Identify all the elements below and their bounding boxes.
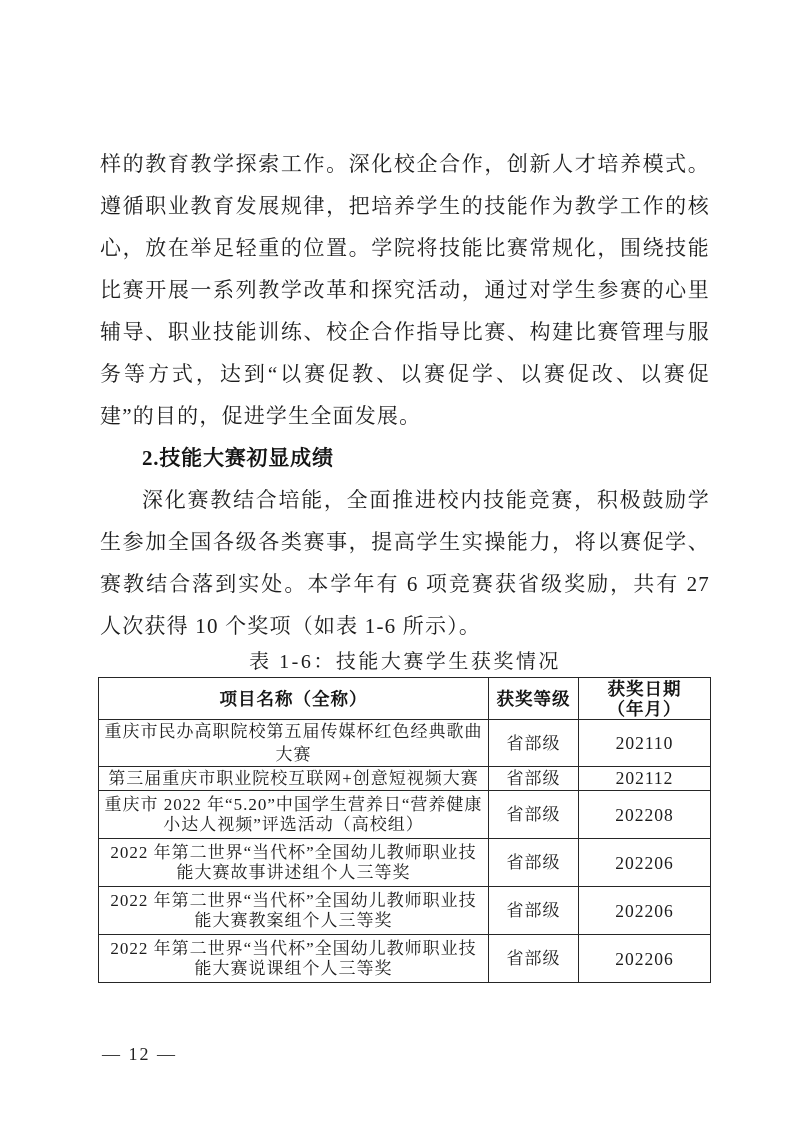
award-date-cell: 202206 xyxy=(579,935,711,983)
award-date-cell: 202208 xyxy=(579,791,711,839)
page-number: — 12 — xyxy=(102,1044,177,1065)
paragraph-teaching-reform: 样的教育教学探索工作。深化校企合作，创新人才培养模式。遵循职业教育发展规律，把培… xyxy=(100,143,710,437)
awards-table-body: 重庆市民办高职院校第五届传媒杯红色经典歌曲大赛 省部级 202110 第三届重庆… xyxy=(99,720,711,983)
award-date-cell: 202110 xyxy=(579,720,711,767)
award-date-cell: 202206 xyxy=(579,887,711,935)
page-content: 样的教育教学探索工作。深化校企合作，创新人才培养模式。遵循职业教育发展规律，把培… xyxy=(100,143,710,983)
header-row: 项目名称（全称） 获奖等级 获奖日期 （年月） xyxy=(99,678,711,720)
award-level-cell: 省部级 xyxy=(489,767,579,791)
table-row: 2022 年第二世界“当代杯”全国幼儿教师职业技能大赛故事讲述组个人三等奖 省部… xyxy=(99,839,711,887)
table-row: 重庆市 2022 年“5.20”中国学生营养日“营养健康小达人视频”评选活动（高… xyxy=(99,791,711,839)
project-name-cell: 重庆市 2022 年“5.20”中国学生营养日“营养健康小达人视频”评选活动（高… xyxy=(99,791,489,839)
section-heading-skill-competition: 2.技能大赛初显成绩 xyxy=(100,437,710,479)
paragraph-competition-results: 深化赛教结合培能，全面推进校内技能竞赛，积极鼓励学生参加全国各级各类赛事，提高学… xyxy=(100,479,710,647)
award-level-cell: 省部级 xyxy=(489,839,579,887)
award-date-cell: 202112 xyxy=(579,767,711,791)
award-level-cell: 省部级 xyxy=(489,887,579,935)
col-header-award-date-line2: （年月） xyxy=(583,699,706,719)
project-name-cell: 第三届重庆市职业院校互联网+创意短视频大赛 xyxy=(99,767,489,791)
project-name-cell: 2022 年第二世界“当代杯”全国幼儿教师职业技能大赛故事讲述组个人三等奖 xyxy=(99,839,489,887)
awards-table-header: 项目名称（全称） 获奖等级 获奖日期 （年月） xyxy=(99,678,711,720)
award-date-cell: 202206 xyxy=(579,839,711,887)
col-header-award-date: 获奖日期 （年月） xyxy=(579,678,711,720)
col-header-project-name: 项目名称（全称） xyxy=(99,678,489,720)
table-row: 第三届重庆市职业院校互联网+创意短视频大赛 省部级 202112 xyxy=(99,767,711,791)
document-page: 样的教育教学探索工作。深化校企合作，创新人才培养模式。遵循职业教育发展规律，把培… xyxy=(0,0,800,1131)
table-row: 重庆市民办高职院校第五届传媒杯红色经典歌曲大赛 省部级 202110 xyxy=(99,720,711,767)
project-name-cell: 2022 年第二世界“当代杯”全国幼儿教师职业技能大赛教案组个人三等奖 xyxy=(99,887,489,935)
col-header-award-level: 获奖等级 xyxy=(489,678,579,720)
table-row: 2022 年第二世界“当代杯”全国幼儿教师职业技能大赛说课组个人三等奖 省部级 … xyxy=(99,935,711,983)
table-row: 2022 年第二世界“当代杯”全国幼儿教师职业技能大赛教案组个人三等奖 省部级 … xyxy=(99,887,711,935)
project-name-cell: 2022 年第二世界“当代杯”全国幼儿教师职业技能大赛说课组个人三等奖 xyxy=(99,935,489,983)
award-level-cell: 省部级 xyxy=(489,935,579,983)
table-caption: 表 1-6：技能大赛学生获奖情况 xyxy=(100,647,710,677)
awards-table: 项目名称（全称） 获奖等级 获奖日期 （年月） 重庆市民办高职院校第五届传媒杯红… xyxy=(98,677,711,983)
award-level-cell: 省部级 xyxy=(489,791,579,839)
project-name-cell: 重庆市民办高职院校第五届传媒杯红色经典歌曲大赛 xyxy=(99,720,489,767)
award-level-cell: 省部级 xyxy=(489,720,579,767)
col-header-award-date-line1: 获奖日期 xyxy=(583,679,706,699)
